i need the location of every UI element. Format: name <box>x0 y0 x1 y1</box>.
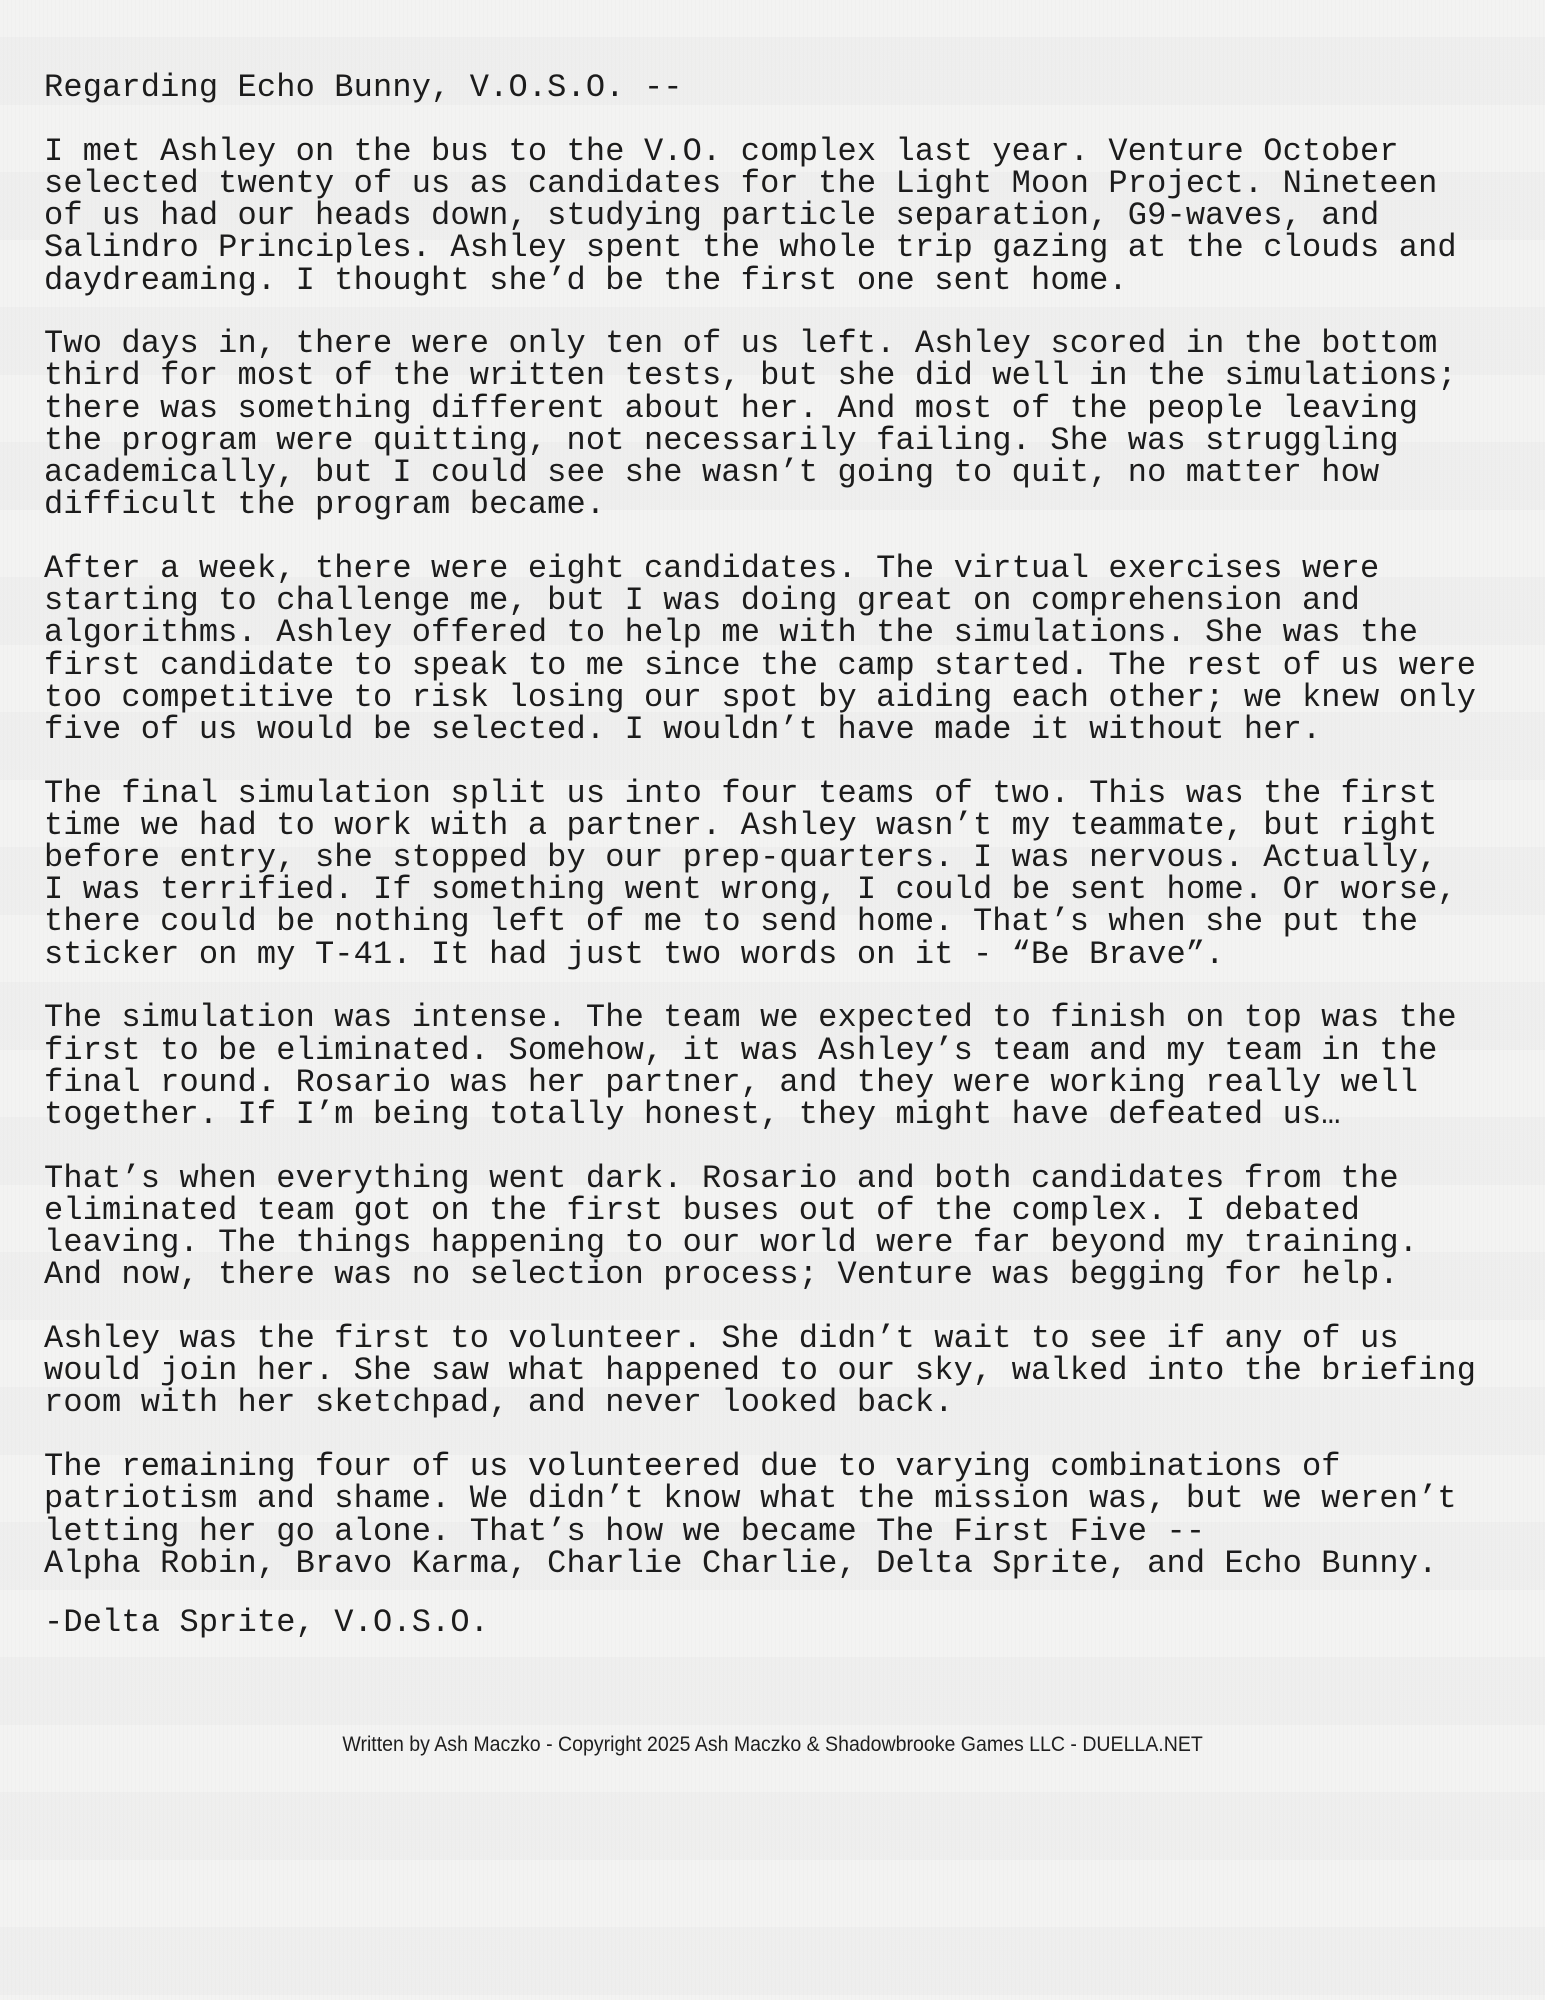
paragraph-two-days-in: Two days in, there were only ten of us l… <box>44 328 1524 521</box>
paragraph-simulation-intense: The simulation was intense. The team we … <box>44 1002 1524 1131</box>
paragraph-went-dark: That’s when everything went dark. Rosari… <box>44 1163 1524 1292</box>
paragraph-bus-meeting: I met Ashley on the bus to the V.O. comp… <box>44 136 1524 297</box>
letter-signoff: -Delta Sprite, V.O.S.O. <box>44 1607 1524 1639</box>
paper-page: { "letter": { "greeting": "Regarding Ech… <box>0 0 1545 2000</box>
paragraph-first-five: The remaining four of us volunteered due… <box>44 1451 1524 1580</box>
paragraph-first-volunteer: Ashley was the first to volunteer. She d… <box>44 1323 1524 1420</box>
letter-greeting: Regarding Echo Bunny, V.O.S.O. -- <box>44 72 1524 104</box>
letter-body: Regarding Echo Bunny, V.O.S.O. -- I met … <box>44 72 1524 1671</box>
copyright-footer: Written by Ash Maczko - Copyright 2025 A… <box>0 1733 1545 1757</box>
paragraph-final-simulation: The final simulation split us into four … <box>44 778 1524 971</box>
paragraph-after-a-week: After a week, there were eight candidate… <box>44 553 1524 746</box>
footer-credit-text: Written by Ash Maczko - Copyright 2025 A… <box>342 1733 1202 1757</box>
